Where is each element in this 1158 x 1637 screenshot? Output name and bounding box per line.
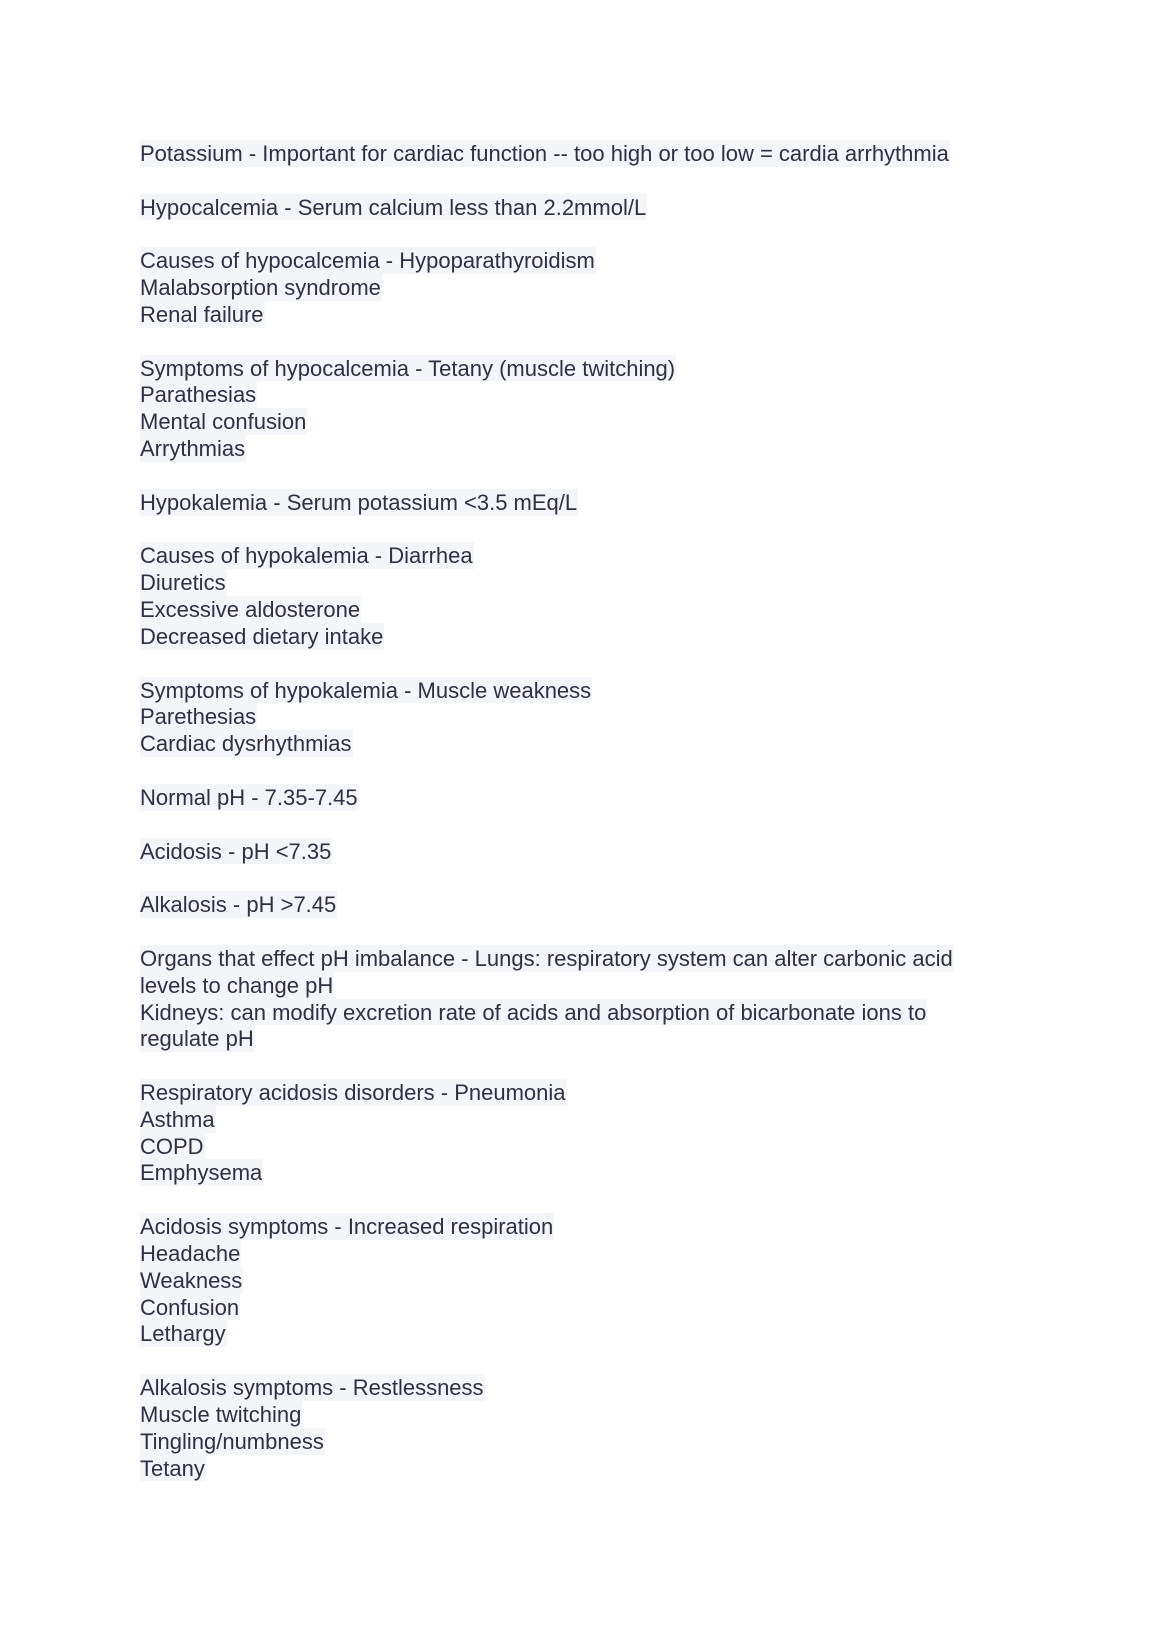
note-list-line: Parethesias: [140, 703, 1020, 730]
note-block: Symptoms of hypocalcemia - Tetany (muscl…: [140, 355, 1020, 462]
note-text: Causes of hypocalcemia - Hypoparathyroid…: [140, 247, 596, 274]
note-text: Organs that effect pH imbalance - Lungs:…: [140, 945, 954, 972]
note-text: Hypocalcemia - Serum calcium less than 2…: [140, 194, 647, 221]
note-text: Confusion: [140, 1294, 240, 1321]
note-text: Acidosis symptoms - Increased respiratio…: [140, 1213, 554, 1240]
note-list-line: Tetany: [140, 1455, 1020, 1482]
note-heading-line: Hypokalemia - Serum potassium <3.5 mEq/L: [140, 489, 1020, 516]
note-text: Malabsorption syndrome: [140, 274, 382, 301]
note-text: Diuretics: [140, 569, 227, 596]
note-text: Excessive aldosterone: [140, 596, 361, 623]
note-text: Mental confusion: [140, 408, 307, 435]
note-text: Parethesias: [140, 703, 257, 730]
note-block: Causes of hypokalemia - DiarrheaDiuretic…: [140, 542, 1020, 649]
note-text: Headache: [140, 1240, 241, 1267]
note-list-line: Decreased dietary intake: [140, 623, 1020, 650]
note-text: Asthma: [140, 1106, 216, 1133]
note-block: Respiratory acidosis disorders - Pneumon…: [140, 1079, 1020, 1186]
note-block: Alkalosis - pH >7.45: [140, 891, 1020, 918]
note-list-line: Diuretics: [140, 569, 1020, 596]
note-text: Kidneys: can modify excretion rate of ac…: [140, 999, 927, 1026]
note-list-line: Malabsorption syndrome: [140, 274, 1020, 301]
note-text: Tetany: [140, 1455, 206, 1482]
note-text: Hypokalemia - Serum potassium <3.5 mEq/L: [140, 489, 578, 516]
note-list-line: Parathesias: [140, 381, 1020, 408]
note-heading-line: Organs that effect pH imbalance - Lungs:…: [140, 945, 1020, 972]
note-block: Alkalosis symptoms - RestlessnessMuscle …: [140, 1374, 1020, 1481]
note-heading-line: Acidosis symptoms - Increased respiratio…: [140, 1213, 1020, 1240]
note-text: Respiratory acidosis disorders - Pneumon…: [140, 1079, 567, 1106]
note-text: Causes of hypokalemia - Diarrhea: [140, 542, 474, 569]
note-list-line: Tingling/numbness: [140, 1428, 1020, 1455]
note-text: Tingling/numbness: [140, 1428, 325, 1455]
note-list-line: Confusion: [140, 1294, 1020, 1321]
note-text: Decreased dietary intake: [140, 623, 384, 650]
note-list-line: Lethargy: [140, 1320, 1020, 1347]
note-block: Hypocalcemia - Serum calcium less than 2…: [140, 194, 1020, 221]
note-text: regulate pH: [140, 1025, 255, 1052]
note-heading-line: Respiratory acidosis disorders - Pneumon…: [140, 1079, 1020, 1106]
note-text: Alkalosis - pH >7.45: [140, 891, 337, 918]
note-heading-line: Symptoms of hypocalcemia - Tetany (muscl…: [140, 355, 1020, 382]
note-list-line: Asthma: [140, 1106, 1020, 1133]
note-text: Potassium - Important for cardiac functi…: [140, 140, 950, 167]
note-text: Parathesias: [140, 381, 257, 408]
note-list-line: Kidneys: can modify excretion rate of ac…: [140, 999, 1020, 1026]
note-heading-line: Causes of hypokalemia - Diarrhea: [140, 542, 1020, 569]
note-block: Potassium - Important for cardiac functi…: [140, 140, 1020, 167]
note-block: Acidosis symptoms - Increased respiratio…: [140, 1213, 1020, 1347]
note-text: Normal pH - 7.35-7.45: [140, 784, 359, 811]
note-text: Weakness: [140, 1267, 243, 1294]
note-list-line: COPD: [140, 1133, 1020, 1160]
note-list-line: Mental confusion: [140, 408, 1020, 435]
note-list-line: Emphysema: [140, 1159, 1020, 1186]
document-page: Potassium - Important for cardiac functi…: [140, 140, 1020, 1508]
note-heading-line: Acidosis - pH <7.35: [140, 838, 1020, 865]
note-list-line: levels to change pH: [140, 972, 1020, 999]
note-text: Muscle twitching: [140, 1401, 302, 1428]
note-text: Cardiac dysrhythmias: [140, 730, 353, 757]
note-text: Lethargy: [140, 1320, 227, 1347]
note-list-line: Headache: [140, 1240, 1020, 1267]
note-text: COPD: [140, 1133, 205, 1160]
note-heading-line: Alkalosis symptoms - Restlessness: [140, 1374, 1020, 1401]
note-list-line: Excessive aldosterone: [140, 596, 1020, 623]
note-heading-line: Alkalosis - pH >7.45: [140, 891, 1020, 918]
note-list-line: Renal failure: [140, 301, 1020, 328]
note-block: Acidosis - pH <7.35: [140, 838, 1020, 865]
note-heading-line: Hypocalcemia - Serum calcium less than 2…: [140, 194, 1020, 221]
note-list-line: Cardiac dysrhythmias: [140, 730, 1020, 757]
note-list-line: Muscle twitching: [140, 1401, 1020, 1428]
note-block: Hypokalemia - Serum potassium <3.5 mEq/L: [140, 489, 1020, 516]
note-text: levels to change pH: [140, 972, 334, 999]
note-text: Acidosis - pH <7.35: [140, 838, 332, 865]
note-list-line: Weakness: [140, 1267, 1020, 1294]
note-text: Alkalosis symptoms - Restlessness: [140, 1374, 485, 1401]
note-text: Renal failure: [140, 301, 265, 328]
note-block: Organs that effect pH imbalance - Lungs:…: [140, 945, 1020, 1052]
note-list-line: regulate pH: [140, 1025, 1020, 1052]
note-text: Arrythmias: [140, 435, 246, 462]
note-heading-line: Normal pH - 7.35-7.45: [140, 784, 1020, 811]
note-block: Normal pH - 7.35-7.45: [140, 784, 1020, 811]
note-block: Symptoms of hypokalemia - Muscle weaknes…: [140, 677, 1020, 757]
note-text: Symptoms of hypocalcemia - Tetany (muscl…: [140, 355, 676, 382]
note-heading-line: Causes of hypocalcemia - Hypoparathyroid…: [140, 247, 1020, 274]
note-text: Symptoms of hypokalemia - Muscle weaknes…: [140, 677, 592, 704]
note-text: Emphysema: [140, 1159, 263, 1186]
notes-container: Potassium - Important for cardiac functi…: [140, 140, 1020, 1481]
note-heading-line: Symptoms of hypokalemia - Muscle weaknes…: [140, 677, 1020, 704]
note-list-line: Arrythmias: [140, 435, 1020, 462]
note-block: Causes of hypocalcemia - Hypoparathyroid…: [140, 247, 1020, 327]
note-heading-line: Potassium - Important for cardiac functi…: [140, 140, 1020, 167]
